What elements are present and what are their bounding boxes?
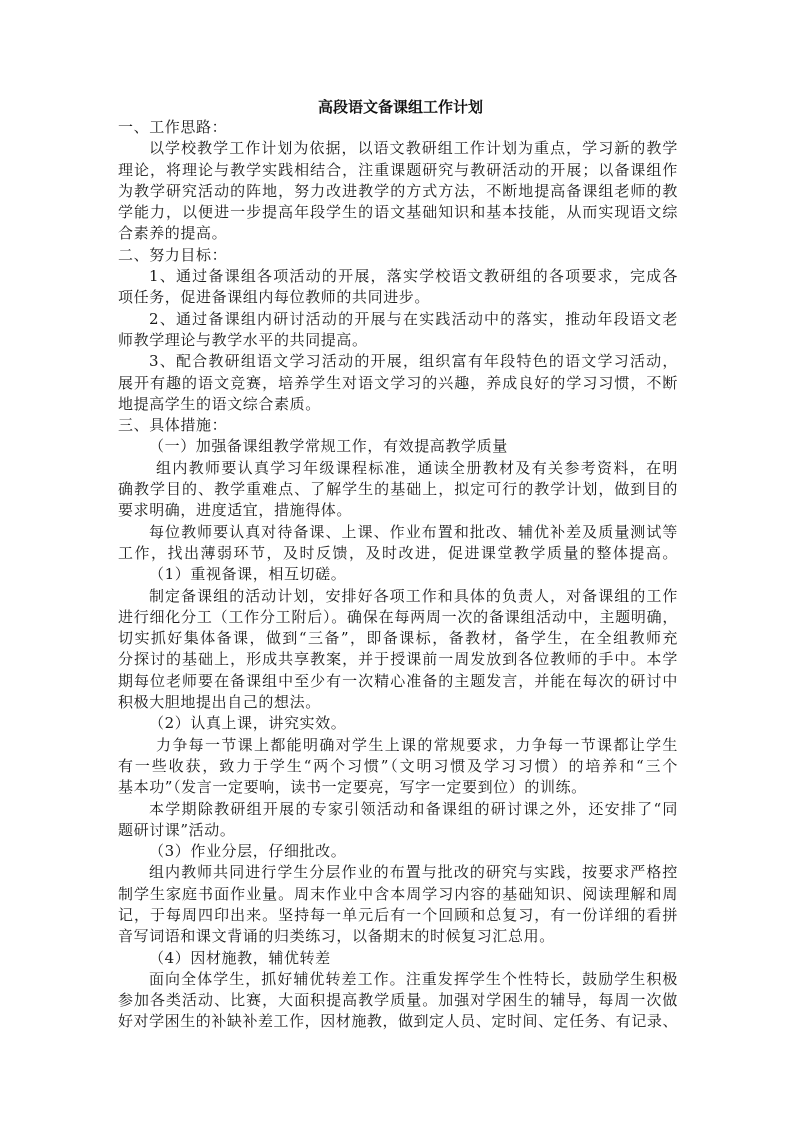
paragraph-line: 2、通过备课组内研讨活动的开展与在实践活动中的落实，推动年段语文老 <box>118 309 678 330</box>
paragraph-line: 组内教师共同进行学生分层作业的布置与批改的研究与实践，按要求严格控 <box>118 862 678 883</box>
paragraph-line: 要求明确，进度适宜，措施得体。 <box>118 500 678 521</box>
paragraph-line: 题研讨课”活动。 <box>118 820 678 841</box>
document-page: 高段语文备课组工作计划 一、工作思路：以学校教学工作计划为依据，以语文教研组工作… <box>0 0 793 1122</box>
document-body: 一、工作思路：以学校教学工作计划为依据，以语文教研组工作计划为重点，学习新的教学… <box>118 117 678 1033</box>
paragraph-line: 每位教师要认真对待备课、上课、作业布置和批改、辅优补差及质量测试等 <box>118 522 678 543</box>
paragraph-line: 学能力，以便进一步提高年段学生的语文基础知识和基本技能，从而实现语文综 <box>118 202 678 223</box>
paragraph-line: （1）重视备课，相互切磋。 <box>118 564 678 585</box>
paragraph-line: 基本功”（发言一定要响，读书一定要亮，写字一定要到位）的训练。 <box>118 777 678 798</box>
paragraph-line: 三、具体措施： <box>118 415 678 436</box>
paragraph-line: 制定备课组的活动计划，安排好各项工作和具体的负责人，对备课组的工作 <box>118 586 678 607</box>
paragraph-line: 工作，找出薄弱环节，及时反馈，及时改进，促进课堂教学质量的整体提高。 <box>118 543 678 564</box>
paragraph-line: 师教学理论与教学水平的共同提高。 <box>118 330 678 351</box>
paragraph-line: 积极大胆地提出自己的想法。 <box>118 692 678 713</box>
paragraph-line: 音写词语和课文背诵的归类练习，以备期末的时候复习汇总用。 <box>118 926 678 947</box>
paragraph-line: 地提高学生的语文综合素质。 <box>118 394 678 415</box>
paragraph-line: （3）作业分层，仔细批改。 <box>118 841 678 862</box>
paragraph-line: 理论，将理论与教学实践相结合，注重课题研究与教研活动的开展；以备课组作 <box>118 160 678 181</box>
paragraph-line: 本学期除教研组开展的专家引领活动和备课组的研讨课之外，还安排了“同 <box>118 799 678 820</box>
paragraph-line: 分探讨的基础上，形成共享教案，并于授课前一周发放到各位教师的手中。本学 <box>118 649 678 670</box>
paragraph-line: 进行细化分工（工作分工附后）。确保在每两周一次的备课组活动中，主题明确， <box>118 607 678 628</box>
paragraph-line: 确教学目的、教学重难点、了解学生的基础上，拟定可行的教学计划，做到目的 <box>118 479 678 500</box>
paragraph-line: 组内教师要认真学习年级课程标准，通读全册教材及有关参考资料，在明 <box>118 458 678 479</box>
paragraph-line: 力争每一节课上都能明确对学生上课的常规要求，力争每一节课都让学生 <box>118 735 678 756</box>
paragraph-line: 为教学研究活动的阵地，努力改进教学的方式方法，不断地提高备课组老师的教 <box>118 181 678 202</box>
paragraph-line: 面向全体学生，抓好辅优转差工作。注重发挥学生个性特长，鼓励学生积极 <box>118 969 678 990</box>
paragraph-line: 好对学困生的补缺补差工作，因材施教，做到定人员、定时间、定任务、有记录、 <box>118 1011 678 1032</box>
paragraph-line: 记，于每周四印出来。坚持每一单元后有一个回顾和总复习，有一份详细的看拼 <box>118 905 678 926</box>
paragraph-line: （2）认真上课，讲究实效。 <box>118 713 678 734</box>
paragraph-line: 项任务，促进备课组内每位教师的共同进步。 <box>118 287 678 308</box>
paragraph-line: （一）加强备课组教学常规工作，有效提高教学质量 <box>118 436 678 457</box>
paragraph-line: （4）因材施教，辅优转差 <box>118 948 678 969</box>
paragraph-line: 3、配合教研组语文学习活动的开展，组织富有年段特色的语文学习活动， <box>118 351 678 372</box>
paragraph-line: 1、通过备课组各项活动的开展，落实学校语文教研组的各项要求，完成各 <box>118 266 678 287</box>
paragraph-line: 切实抓好集体备课，做到“三备”，即备课标，备教材，备学生，在全组教师充 <box>118 628 678 649</box>
paragraph-line: 二、努力目标： <box>118 245 678 266</box>
paragraph-line: 制学生家庭书面作业量。周末作业中含本周学习内容的基础知识、阅读理解和周 <box>118 884 678 905</box>
paragraph-line: 有一些收获，致力于学生“两个习惯”（文明习惯及学习习惯）的培养和“三个 <box>118 756 678 777</box>
paragraph-line: 期每位老师要在备课组中至少有一次精心准备的主题发言，并能在每次的研讨中 <box>118 671 678 692</box>
paragraph-line: 一、工作思路： <box>118 117 678 138</box>
paragraph-line: 合素养的提高。 <box>118 223 678 244</box>
paragraph-line: 参加各类活动、比赛，大面积提高教学质量。加强对学困生的辅导，每周一次做 <box>118 990 678 1011</box>
paragraph-line: 展开有趣的语文竞赛，培养学生对语文学习的兴趣，养成良好的学习习惯，不断 <box>118 373 678 394</box>
document-title: 高段语文备课组工作计划 <box>0 97 793 117</box>
paragraph-line: 以学校教学工作计划为依据，以语文教研组工作计划为重点，学习新的教学 <box>118 138 678 159</box>
